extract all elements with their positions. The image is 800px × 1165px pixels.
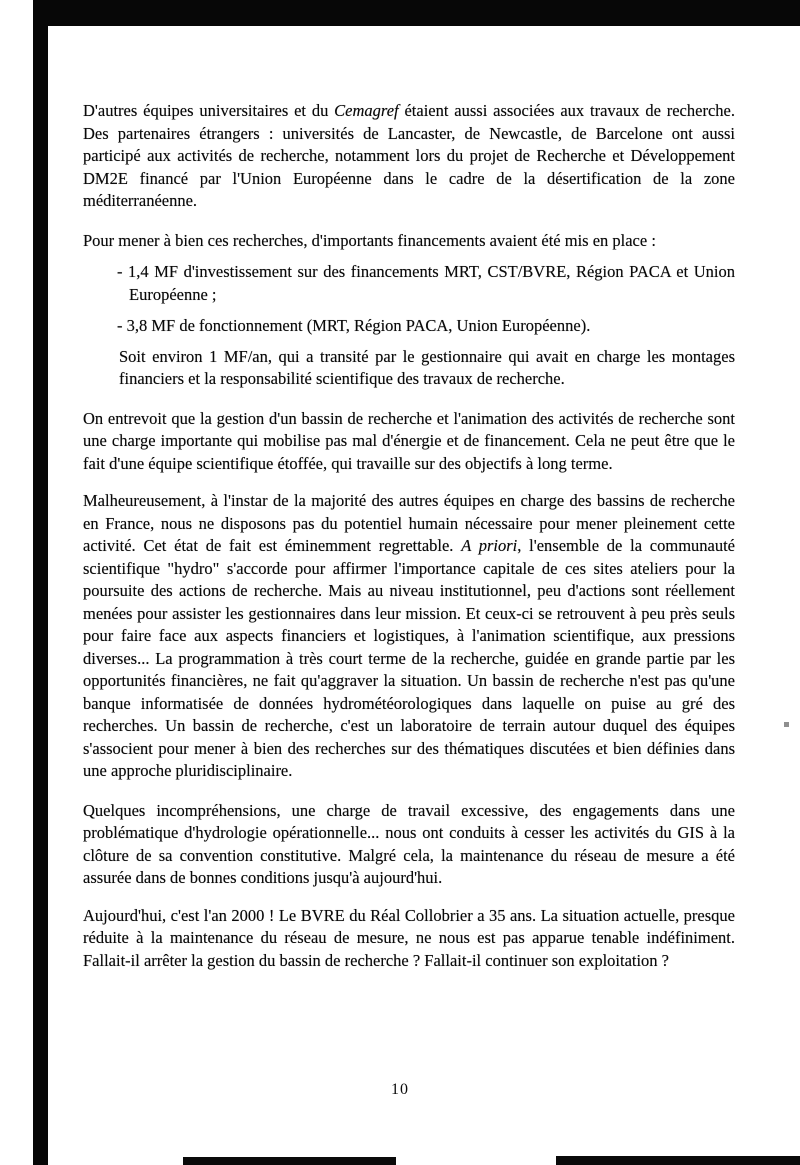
list-item-fonctionnement: - 3,8 MF de fonctionnement (MRT, Région … xyxy=(117,315,735,338)
paragraph-soit-environ: Soit environ 1 MF/an, qui a transité par… xyxy=(119,346,735,391)
paragraph-gestion-bassin: On entrevoit que la gestion d'un bassin … xyxy=(83,408,735,476)
scanned-document-page: { "page": { "number": "10", "background_… xyxy=(0,0,800,1165)
paragraph-partenaires-text-1: D'autres équipes universitaires et du xyxy=(83,101,334,120)
paragraph-malheureusement: Malheureusement, à l'instar de la majori… xyxy=(83,490,735,783)
cemagref-italic: Cemagref xyxy=(334,101,398,120)
paragraph-aujourdhui: Aujourd'hui, c'est l'an 2000 ! Le BVRE d… xyxy=(83,905,735,973)
document-body: D'autres équipes universitaires et du Ce… xyxy=(0,0,800,972)
a-priori-italic: A priori xyxy=(461,536,517,555)
scan-edge-bottom-right xyxy=(556,1156,800,1165)
scan-edge-bottom-left xyxy=(183,1157,396,1165)
paragraph-malheureusement-text-2: , l'ensemble de la communauté scientifiq… xyxy=(83,536,735,780)
paragraph-financements-intro: Pour mener à bien ces recherches, d'impo… xyxy=(83,230,735,253)
list-item-investissement: - 1,4 MF d'investissement sur des financ… xyxy=(117,261,735,306)
paragraph-partenaires: D'autres équipes universitaires et du Ce… xyxy=(83,100,735,213)
page-number: 10 xyxy=(0,1081,800,1099)
paragraph-incomprehensions: Quelques incompréhensions, une charge de… xyxy=(83,800,735,890)
